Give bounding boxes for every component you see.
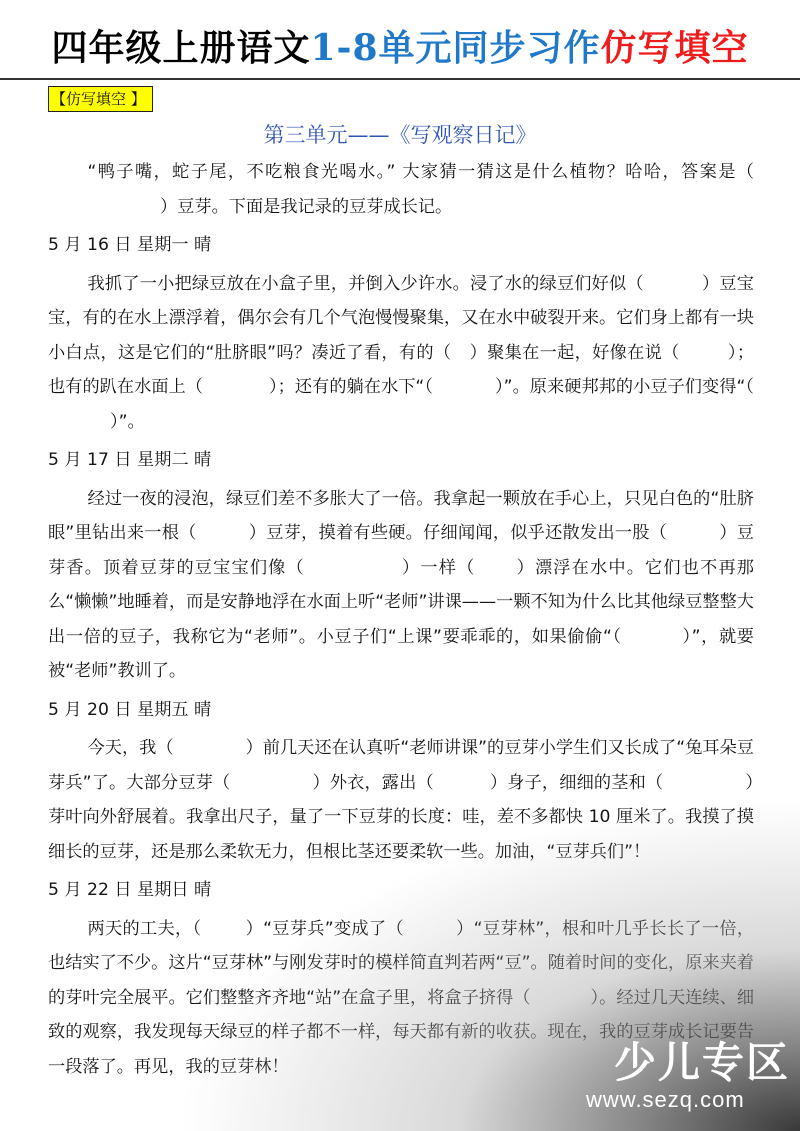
text-segment: ）一样（ bbox=[401, 558, 476, 578]
document-title: 四年级上册语文1-8单元同步习作仿写填空 bbox=[0, 26, 800, 70]
text-segment: ）豆芽，摸着有些硬。仔细闻闻，似乎还散发出一股（ bbox=[249, 523, 668, 543]
intro-text-a: “鸭子嘴，蛇子尾，不吃粮食光喝水。” 大家猜一猜这是什么植物？哈哈，答案是（ bbox=[88, 162, 754, 182]
document-header: 四年级上册语文1-8单元同步习作仿写填空 bbox=[0, 0, 800, 78]
diary-date: 5 月 17 日 星期二 晴 bbox=[48, 443, 754, 478]
text-segment: 我抓了一小把绿豆放在小盒子里，并倒入少许水。浸了水的绿豆们好似（ bbox=[88, 274, 644, 294]
diary-paragraph: 经过一夜的浸泡，绿豆们差不多胀大了一倍。我拿起一颗放在手心上，只见白色的“肚脐眼… bbox=[48, 482, 754, 689]
section-tag: 【仿写填空 】 bbox=[48, 86, 153, 112]
watermark-url: www.sezq.com bbox=[586, 1087, 745, 1113]
text-segment: ）；还有的躺在水下“（ bbox=[269, 377, 433, 397]
header-divider bbox=[0, 78, 800, 80]
text-segment: ）聚集在一起，好像在说（ bbox=[469, 343, 679, 363]
diary-date: 5 月 16 日 星期一 晴 bbox=[48, 228, 754, 263]
diary-paragraph: 今天，我（）前几天还在认真听“老师讲课”的豆芽小学生们又长成了“兔耳朵豆芽兵”了… bbox=[48, 731, 754, 869]
diary-date: 5 月 22 日 星期日 晴 bbox=[48, 873, 754, 908]
title-units-range: 1-8单元同步习作 bbox=[310, 27, 600, 69]
text-segment: ）”。原来硬邦邦的小豆子们变得“（ bbox=[495, 377, 754, 397]
text-segment: ）”。 bbox=[110, 412, 145, 432]
diary-paragraph: 我抓了一小把绿豆放在小盒子里，并倒入少许水。浸了水的绿豆们好似（）豆宝宝，有的在… bbox=[48, 267, 754, 440]
text-segment: ）“豆芽兵”变成了（ bbox=[245, 919, 404, 939]
text-segment: 两天的工夫，（ bbox=[88, 919, 202, 939]
title-grade-subject: 四年级上册语文 bbox=[51, 27, 310, 69]
watermark-logo: 少儿专区 bbox=[614, 1040, 790, 1086]
text-segment: ）外衣，露出（ bbox=[312, 773, 433, 793]
intro-text-b: ）豆芽。下面是我记录的豆芽成长记。 bbox=[160, 197, 452, 217]
text-segment: 今天，我（ bbox=[88, 738, 174, 758]
unit-title: 第三单元——《写观察日记》 bbox=[0, 120, 800, 150]
text-segment: ）身子，细细的茎和（ bbox=[490, 773, 663, 793]
essay-body: “鸭子嘴，蛇子尾，不吃粮食光喝水。” 大家猜一猜这是什么植物？哈哈，答案是（）豆… bbox=[48, 155, 754, 1084]
title-exercise-type: 仿写填空 bbox=[601, 27, 749, 69]
intro-paragraph: “鸭子嘴，蛇子尾，不吃粮食光喝水。” 大家猜一猜这是什么植物？哈哈，答案是（）豆… bbox=[48, 155, 754, 224]
diary-date: 5 月 20 日 星期五 晴 bbox=[48, 693, 754, 728]
